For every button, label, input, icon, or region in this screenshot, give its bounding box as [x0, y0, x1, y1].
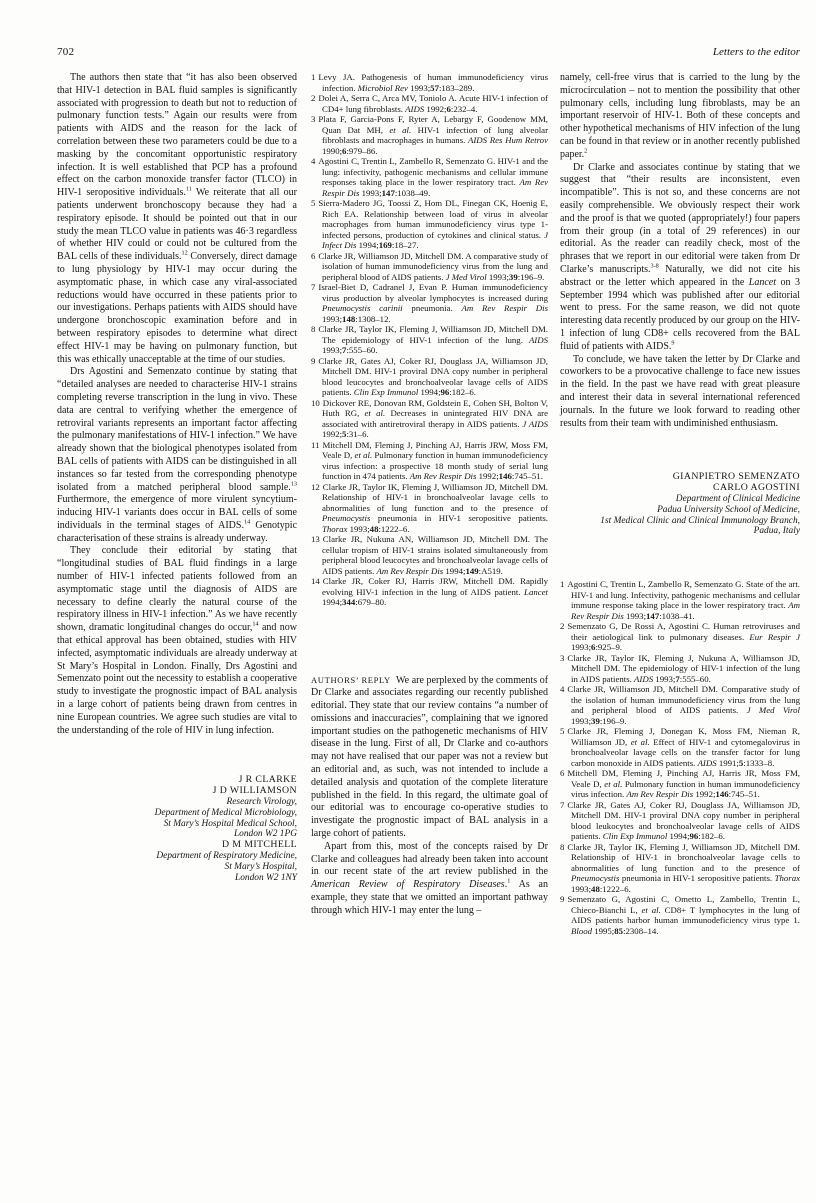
- reference-item: 5Clarke JR, Fleming J, Donegan K, Moss F…: [560, 726, 800, 768]
- reference-number: 3: [560, 653, 564, 663]
- reply-text-1: We are perplexed by the comments of Dr C…: [311, 675, 548, 840]
- reference-text: Clarke JR, Williamson JD, Mitchell DM. A…: [318, 251, 548, 282]
- reference-item: 1Agostini C, Trentin L, Zambello R, Seme…: [560, 579, 800, 621]
- page-number: 702: [57, 46, 74, 58]
- reference-number: 11: [311, 440, 319, 450]
- signature-line: Department of Clinical Medicine: [560, 494, 800, 505]
- signature-line: J D WILLIAMSON: [57, 786, 297, 797]
- reference-number: 2: [560, 621, 564, 631]
- signature-line: D M MITCHELL: [57, 840, 297, 851]
- letter-signature: J R CLARKEJ D WILLIAMSONResearch Virolog…: [57, 775, 297, 883]
- reference-item: 6Mitchell DM, Fleming J, Pinching AJ, Ha…: [560, 768, 800, 800]
- reply-reference-list: 1Agostini C, Trentin L, Zambello R, Seme…: [560, 579, 800, 936]
- signature-line: Research Virology,: [57, 797, 297, 808]
- reference-number: 9: [311, 356, 315, 366]
- column-left: The authors then state that “it has also…: [57, 72, 297, 936]
- reference-text: Dolei A, Serra C, Arca MV, Toniolo A. Ac…: [318, 93, 548, 114]
- reply-paragraph-2: Apart from this, most of the concepts ra…: [311, 841, 548, 918]
- reference-number: 8: [311, 324, 315, 334]
- page-header: 702 Letters to the editor: [57, 46, 800, 58]
- authors-reply-start: AUTHORS’ REPLY We are perplexed by the c…: [311, 674, 548, 918]
- reference-text: Clarke JR, Gates AJ, Coker RJ, Douglass …: [318, 356, 548, 398]
- letter-paragraph: The authors then state that “it has also…: [57, 72, 297, 366]
- reference-item: 10Dickover RE, Donovan RM, Goldstein E, …: [311, 398, 548, 440]
- reference-text: Clarke JR, Taylor IK, Fleming J, William…: [567, 842, 800, 894]
- reference-text: Clarke JR, Taylor IK, Fleming J, Nukuna …: [567, 653, 800, 684]
- authors-reply-continued: namely, cell-free virus that is carried …: [560, 72, 800, 430]
- signature-line: CARLO AGOSTINI: [560, 483, 800, 494]
- reference-item: 12Clarke JR, Taylor IK, Fleming J, Willi…: [311, 482, 548, 535]
- signature-line: Department of Respiratory Medicine,: [57, 851, 297, 862]
- reference-number: 3: [311, 114, 315, 124]
- reference-text: Clarke JR, Williamson JD, Mitchell DM. C…: [567, 684, 800, 726]
- reference-item: 2Dolei A, Serra C, Arca MV, Toniolo A. A…: [311, 93, 548, 114]
- reference-text: Dickover RE, Donovan RM, Goldstein E, Co…: [322, 398, 548, 440]
- journal-page: 702 Letters to the editor The authors th…: [0, 0, 816, 1203]
- reference-number: 10: [311, 398, 320, 408]
- reply-paragraph-1: AUTHORS’ REPLY We are perplexed by the c…: [311, 674, 548, 841]
- reference-item: 14Clarke JR, Coker RJ, Harris JRW, Mitch…: [311, 576, 548, 608]
- reference-number: 7: [560, 800, 564, 810]
- reference-number: 1: [560, 579, 564, 589]
- signature-line: London W2 1NY: [57, 873, 297, 884]
- letter-reference-list: 1Levy JA. Pathogenesis of human immunode…: [311, 72, 548, 608]
- reference-text: Mitchell DM, Fleming J, Pinching AJ, Har…: [567, 768, 800, 799]
- reference-item: 9Clarke JR, Gates AJ, Coker RJ, Douglass…: [311, 356, 548, 398]
- signature-line: Department of Medical Microbiology,: [57, 808, 297, 819]
- letter-body: The authors then state that “it has also…: [57, 72, 297, 737]
- reference-text: Plata F, Garcia-Pons F, Ryter A, Lebargy…: [318, 114, 548, 156]
- reference-item: 2Semenzato G, De Rossi A, Agostini C. Hu…: [560, 621, 800, 653]
- reference-number: 1: [311, 72, 315, 82]
- reference-text: Agostini C, Trentin L, Zambello R, Semen…: [318, 156, 548, 198]
- letter-paragraph: Drs Agostini and Semenzato continue by s…: [57, 366, 297, 545]
- reference-item: 6Clarke JR, Williamson JD, Mitchell DM. …: [311, 251, 548, 283]
- reference-number: 5: [311, 198, 315, 208]
- signature-line: St Mary’s Hospital,: [57, 862, 297, 873]
- reference-number: 4: [311, 156, 315, 166]
- running-title: Letters to the editor: [713, 46, 800, 58]
- reference-number: 9: [560, 894, 564, 904]
- reference-item: 4Clarke JR, Williamson JD, Mitchell DM. …: [560, 684, 800, 726]
- reference-text: Levy JA. Pathogenesis of human immunodef…: [318, 72, 548, 93]
- text-columns: The authors then state that “it has also…: [57, 72, 800, 936]
- reference-item: 7Israel-Biet D, Cadranel J, Evan P. Huma…: [311, 282, 548, 324]
- reply-paragraph-3: namely, cell-free virus that is carried …: [560, 72, 800, 162]
- reference-text: Semenzato G, Agostini C, Ometto L, Zambe…: [567, 894, 800, 936]
- reference-text: Clarke JR, Taylor IK, Fleming J, William…: [318, 324, 548, 355]
- reference-text: Israel-Biet D, Cadranel J, Evan P. Human…: [318, 282, 548, 324]
- reference-item: 3Plata F, Garcia-Pons F, Ryter A, Lebarg…: [311, 114, 548, 156]
- authors-reply-label: AUTHORS’ REPLY: [311, 675, 391, 685]
- reference-text: Mitchell DM, Fleming J, Pinching AJ, Har…: [322, 440, 548, 482]
- reply-paragraph-5: To conclude, we have taken the letter by…: [560, 354, 800, 431]
- reference-item: 7Clarke JR, Gates AJ, Coker RJ, Douglass…: [560, 800, 800, 842]
- reference-item: 5Sierra-Madero JG, Toossi Z, Hom DL, Fin…: [311, 198, 548, 251]
- reference-text: Clarke JR, Nukuna AN, Williamson JD, Mit…: [322, 534, 548, 576]
- signature-line: Padua University School of Medicine,: [560, 505, 800, 516]
- signature-line: 1st Medical Clinic and Clinical Immunolo…: [560, 516, 800, 527]
- column-middle: 1Levy JA. Pathogenesis of human immunode…: [311, 72, 548, 936]
- reference-number: 12: [311, 482, 320, 492]
- reference-text: Sierra-Madero JG, Toossi Z, Hom DL, Fine…: [318, 198, 548, 250]
- reference-number: 6: [560, 768, 564, 778]
- reference-item: 3Clarke JR, Taylor IK, Fleming J, Nukuna…: [560, 653, 800, 685]
- reference-item: 4Agostini C, Trentin L, Zambello R, Seme…: [311, 156, 548, 198]
- reference-number: 13: [311, 534, 320, 544]
- reference-number: 14: [311, 576, 320, 586]
- reference-item: 11Mitchell DM, Fleming J, Pinching AJ, H…: [311, 440, 548, 482]
- reference-number: 7: [311, 282, 315, 292]
- reference-text: Semenzato G, De Rossi A, Agostini C. Hum…: [567, 621, 800, 652]
- column-right: namely, cell-free virus that is carried …: [560, 72, 800, 936]
- letter-paragraph: They conclude their editorial by stating…: [57, 545, 297, 737]
- reference-text: Clarke JR, Coker RJ, Harris JRW, Mitchel…: [322, 576, 548, 607]
- reference-text: Clarke JR, Gates AJ, Coker RJ, Douglass …: [567, 800, 800, 842]
- reference-text: Clarke JR, Fleming J, Donegan K, Moss FM…: [567, 726, 800, 768]
- reference-item: 9Semenzato G, Agostini C, Ometto L, Zamb…: [560, 894, 800, 936]
- reference-text: Clarke JR, Taylor IK, Fleming J, William…: [322, 482, 548, 534]
- reference-number: 5: [560, 726, 564, 736]
- reference-number: 4: [560, 684, 564, 694]
- signature-line: Padua, Italy: [560, 526, 800, 537]
- reference-number: 8: [560, 842, 564, 852]
- reference-item: 8Clarke JR, Taylor IK, Fleming J, Willia…: [560, 842, 800, 895]
- reference-item: 1Levy JA. Pathogenesis of human immunode…: [311, 72, 548, 93]
- signature-line: St Mary’s Hospital Medical School,: [57, 819, 297, 830]
- reply-signature: GIANPIETRO SEMENZATOCARLO AGOSTINIDepart…: [560, 472, 800, 537]
- reference-number: 6: [311, 251, 315, 261]
- reference-text: Agostini C, Trentin L, Zambello R, Semen…: [567, 579, 800, 621]
- reference-number: 2: [311, 93, 315, 103]
- reference-item: 13Clarke JR, Nukuna AN, Williamson JD, M…: [311, 534, 548, 576]
- reply-paragraph-4: Dr Clarke and associates continue by sta…: [560, 162, 800, 354]
- reference-item: 8Clarke JR, Taylor IK, Fleming J, Willia…: [311, 324, 548, 356]
